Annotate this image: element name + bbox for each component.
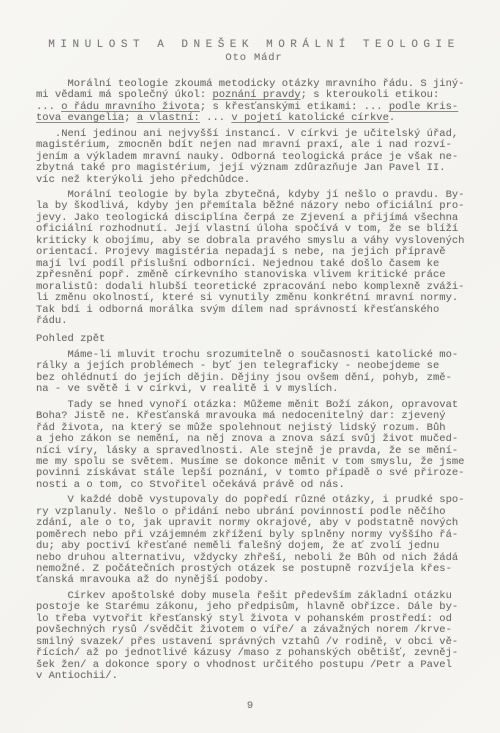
text-line: v Antiochii/. xyxy=(36,671,472,682)
paragraph: Církev apoštolské doby musela řešit před… xyxy=(36,591,472,683)
paragraph: Máme-li mluvit trochu srozumitelně o sou… xyxy=(36,350,472,396)
text-line: nosti a o tom, co Stvořitel očekává práv… xyxy=(36,480,472,491)
text-segment: mi vědami má společný úkol: xyxy=(36,89,212,101)
text-segment: . xyxy=(389,112,395,124)
text-segment: rálky a jejích problémech - byť jen tele… xyxy=(36,360,439,372)
text-segment: zbytná také pro magistérium, její význam… xyxy=(36,162,446,174)
section-heading: Pohled zpět xyxy=(36,334,472,345)
text-segment: ... xyxy=(36,101,61,113)
text-segment: řících/ až po jednotlivé kázusy /maso z … xyxy=(36,647,458,659)
text-segment: Tady se hned vynoří otázka: Můžeme měnit… xyxy=(36,399,458,411)
text-segment: víc než kterýkoli jeho předchůdce. xyxy=(36,174,250,186)
underlined-text: podle Kris- xyxy=(389,101,458,113)
text-segment: smilný svazek/ přes ustavení správných v… xyxy=(36,636,458,648)
paragraph: .Není jedinou ani nejvyšší instancí. V c… xyxy=(36,129,472,186)
text-segment: ; s kteroukoli etikou: xyxy=(301,89,440,101)
text-segment: V každé době vystupovaly do popředí různ… xyxy=(36,494,464,506)
text-segment: řád života, na který se může spolehnout … xyxy=(36,422,446,434)
page-title: MINULOST A DNEŠEK MORÁLNÍ TEOLOGIE xyxy=(36,40,472,51)
underlined-text: v pojetí katolické církve xyxy=(231,112,389,124)
text-segment: jením a výkladem mravní nauky. Odborná t… xyxy=(36,151,458,163)
text-line: řádu. xyxy=(36,316,472,327)
text-segment: li změnu okolností, které si vynutily zm… xyxy=(36,292,458,304)
paragraph: Morální teologie by byla zbytečná, kdyby… xyxy=(36,190,472,327)
text-segment: postoje ke Starému zákonu, jeho předpisů… xyxy=(36,601,458,613)
text-segment: du; aby poctiví křesťané neměli falešný … xyxy=(36,540,439,552)
text-segment: v Antiochii/. xyxy=(36,670,118,682)
text-line: Tak bdí i odborná morálka svým dílem nad… xyxy=(36,305,472,316)
document-page: MINULOST A DNEŠEK MORÁLNÍ TEOLOGIE Oto M… xyxy=(0,0,500,733)
text-segment: poměrech nebo při vzájemném zkřížení byl… xyxy=(36,529,458,541)
text-segment: Pohled zpět xyxy=(36,333,105,345)
text-segment: orientací. Projevy magistéria nepadají s… xyxy=(36,246,446,258)
text-segment: magistérium, zmocněn bdít nejen nad mrav… xyxy=(36,139,452,151)
text-segment: .Není jedinou ani nejvyšší instancí. V c… xyxy=(36,128,458,140)
text-line: ťanská mravouka až do nynější podoby. xyxy=(36,575,472,586)
paragraph: Morální teologie zkoumá metodicky otázky… xyxy=(36,79,472,125)
author-line: Oto Mádr xyxy=(36,53,472,64)
text-segment: zpřesnění popř. změně církevního stanovi… xyxy=(36,269,446,281)
paragraph: Tady se hned vynoří otázka: Můžeme měnit… xyxy=(36,400,472,492)
text-segment: ťanská mravouka až do nynější podoby. xyxy=(36,574,269,586)
text-segment: na - ve světě i v církvi, v realitě i v … xyxy=(36,383,338,395)
text-segment: povšechných rysů /svědčit životem o víře… xyxy=(36,624,452,636)
text-segment: ... xyxy=(200,112,232,124)
paragraph: V každé době vystupovaly do popředí různ… xyxy=(36,495,472,587)
text-segment: nebo druhou alternativu, vždycky zhřeší,… xyxy=(36,552,458,564)
text-segment: ry vzplanuly. Nešlo o přidání nebo ubrán… xyxy=(36,506,446,518)
text-segment: ; xyxy=(124,112,137,124)
page-number: 9 xyxy=(0,701,500,712)
text-segment: kriticky k obojímu, aby se dobrala pravé… xyxy=(36,235,464,247)
underlined-text: a vlastní: xyxy=(137,112,200,124)
text-segment: nosti a o tom, co Stvořitel očekává práv… xyxy=(36,479,345,491)
text-segment: šek žen/ a dokonce spory o vhodnost urči… xyxy=(36,659,452,671)
text-line: Pohled zpět xyxy=(36,334,472,345)
text-segment: ; s křesťanskými etikami: ... xyxy=(200,101,389,113)
text-segment: a jeho zákon se nemění, na něj znova a z… xyxy=(36,433,458,445)
text-line: víc než kterýkoli jeho předchůdce. xyxy=(36,175,472,186)
text-segment: bez ohlédnutí do jejích dějin. Dějiny js… xyxy=(36,372,452,384)
underlined-text: poznání pravdy xyxy=(212,89,300,101)
underlined-text: tova evangelia xyxy=(36,112,124,124)
text-segment: mají lví podíl příslušní odborníci. Neje… xyxy=(36,258,439,270)
text-segment: povinni získávat stále lepší poznání, v … xyxy=(36,467,464,479)
text-segment: níci víry, lásky a spravedlnosti. Ale st… xyxy=(36,445,458,457)
text-segment: la by škodlivá, kdyby jen přemítala běžn… xyxy=(36,200,464,212)
text-line: tova evangelia; a vlastní: ... v pojetí … xyxy=(36,113,472,124)
text-segment: moralistů: dodali hlubší teoretické zpra… xyxy=(36,281,464,293)
document-body: Morální teologie zkoumá metodicky otázky… xyxy=(36,79,472,683)
underlined-text: o řádu mravního života xyxy=(61,101,200,113)
text-segment: Boha? Jistě ne. Křesťanská mravouka má n… xyxy=(36,410,446,422)
text-segment: řádu. xyxy=(36,315,68,327)
text-line: na - ve světě i v církvi, v realitě i v … xyxy=(36,384,472,395)
text-segment: Tak bdí i odborná morálka svým dílem nad… xyxy=(36,304,439,316)
text-segment: oficiální rozhodnutí. Její vlastní úloha… xyxy=(36,223,458,235)
text-segment: zdání, ale o to, jak upravit normy okraj… xyxy=(36,517,458,529)
